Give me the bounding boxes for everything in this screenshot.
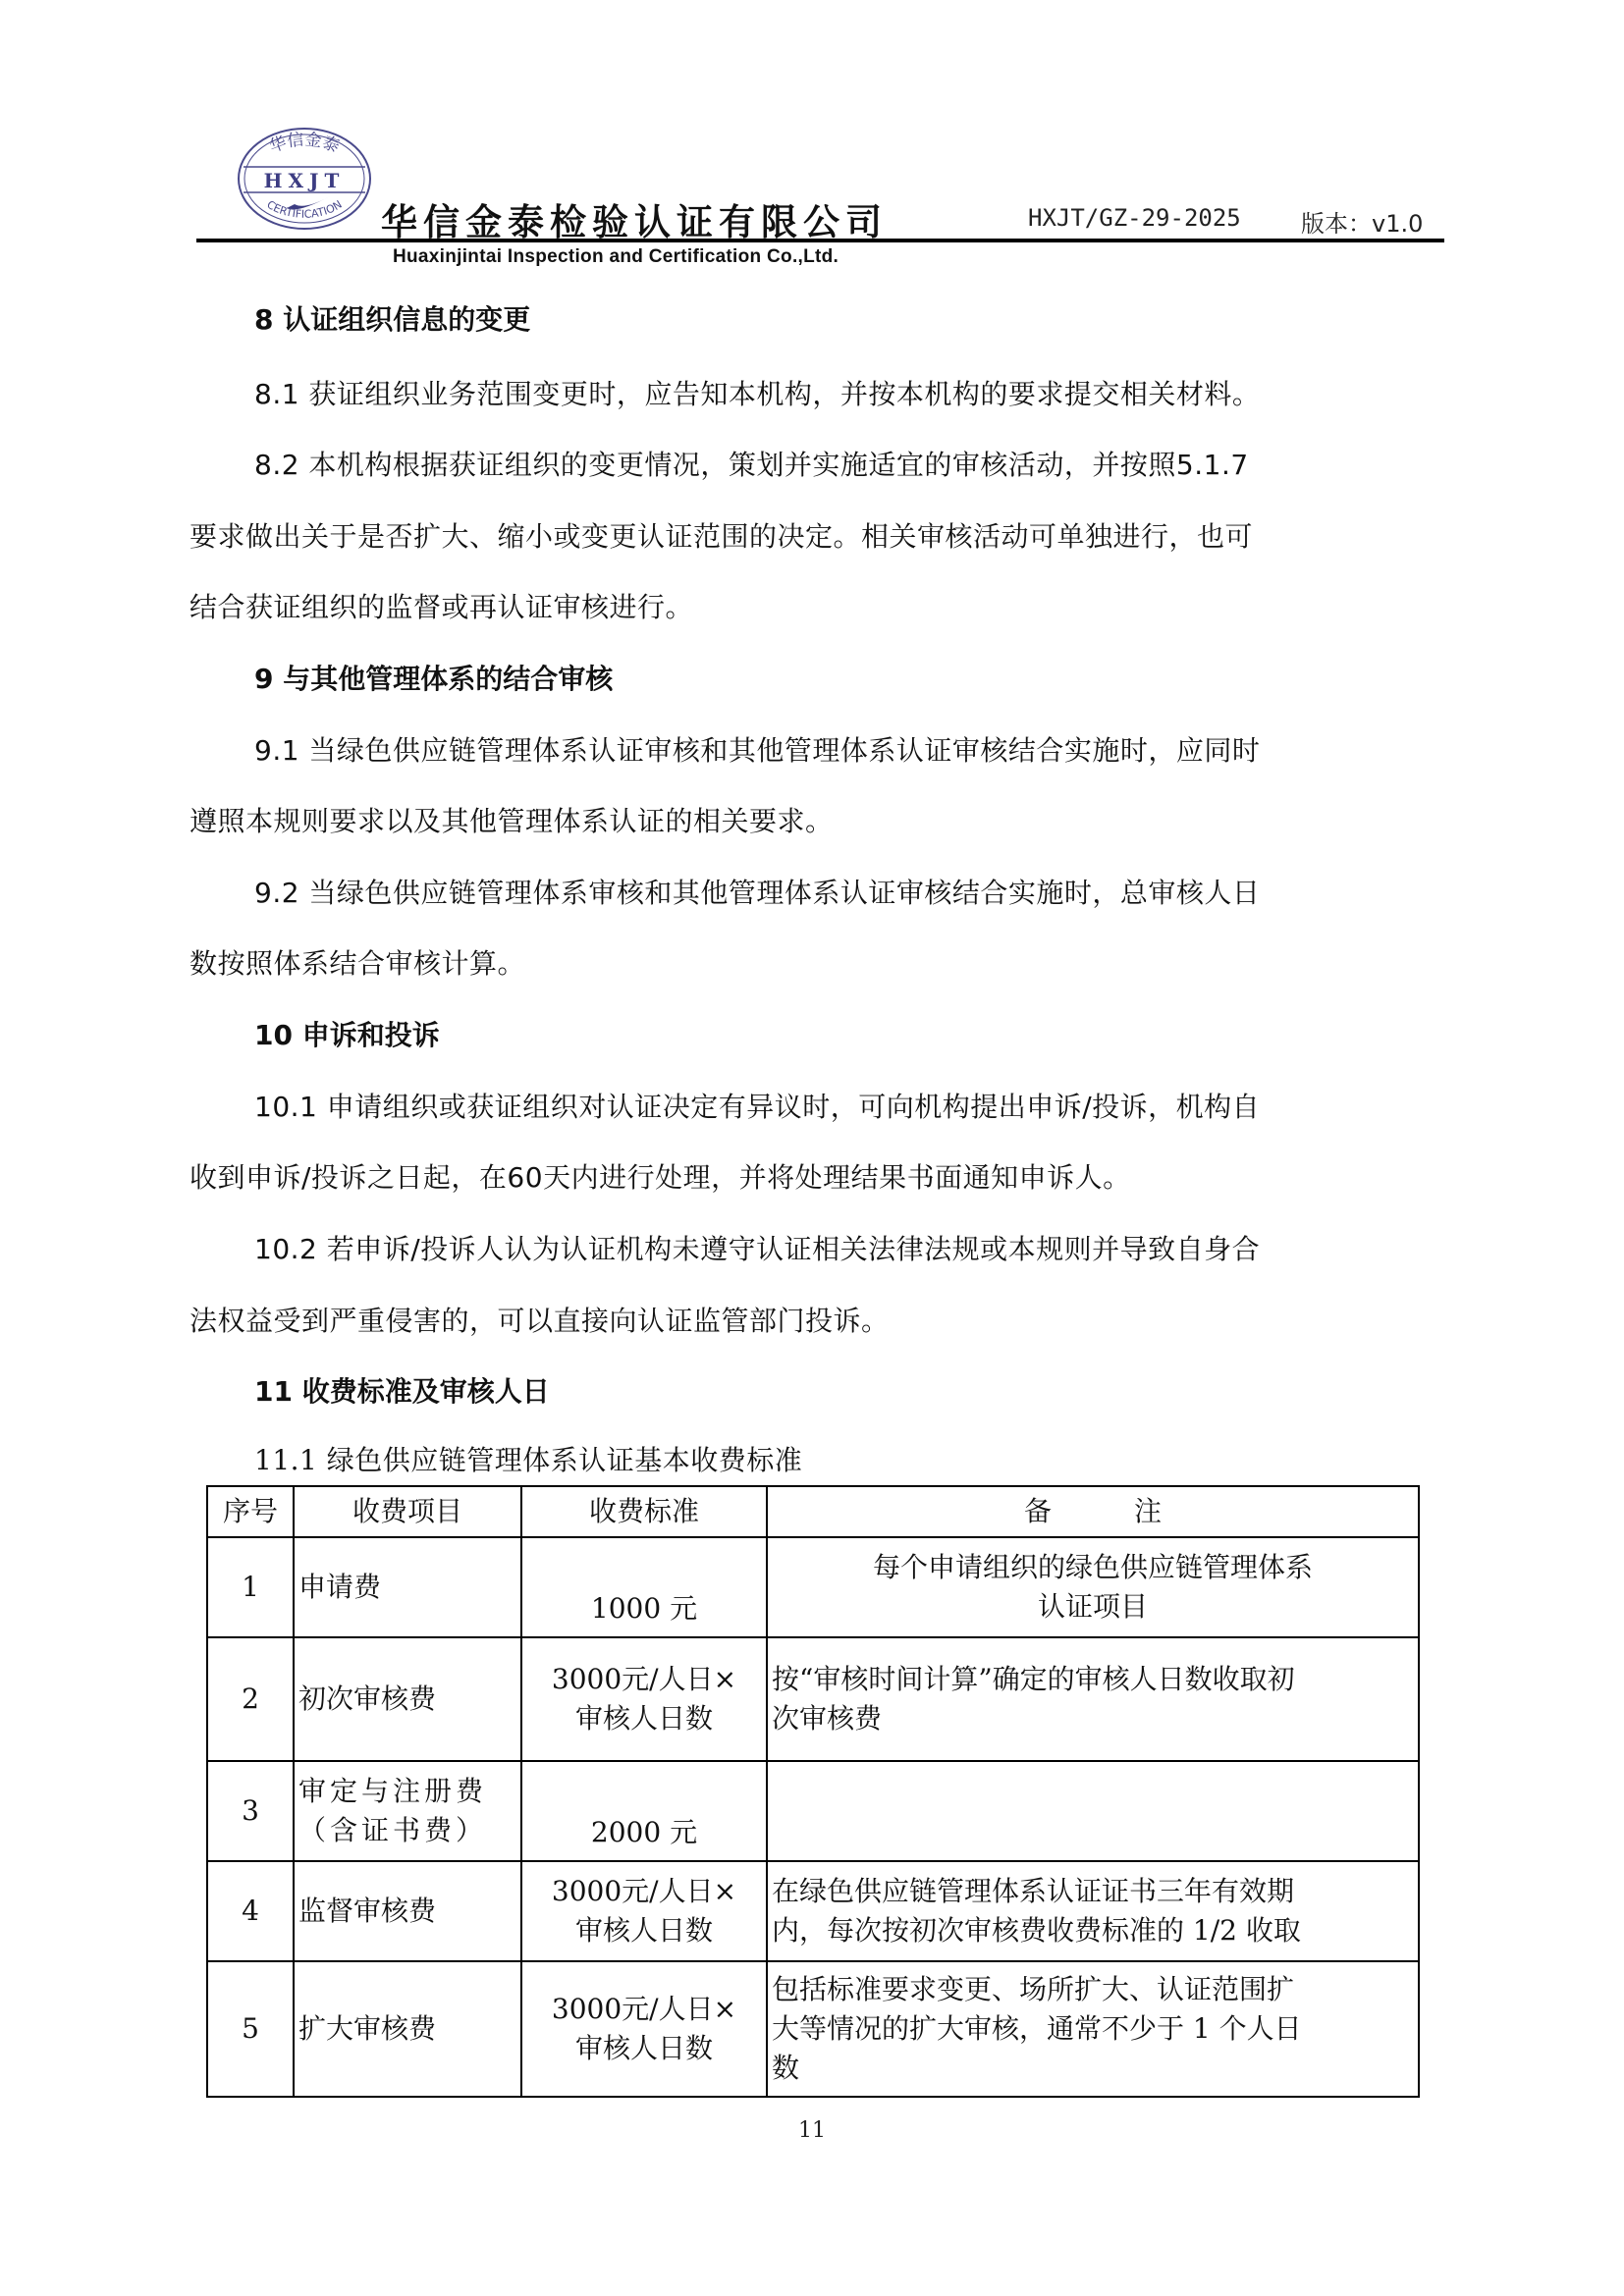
cell-note-line: 在绿色供应链管理体系认证证书三年有效期 [772, 1872, 1414, 1911]
table-row: 3 审定与注册费 （含证书费） 2000 元 [207, 1761, 1419, 1861]
cell-item: 扩大审核费 [294, 1961, 521, 2097]
cell-note: 每个申请组织的绿色供应链管理体系 认证项目 [767, 1537, 1419, 1637]
paragraph-9-1-line-2: 遵照本规则要求以及其他管理体系认证的相关要求。 [189, 800, 834, 839]
cell-standard: 3000元/人日× 审核人日数 [521, 1637, 767, 1761]
paragraph-8-2-line-2: 要求做出关于是否扩大、缩小或变更认证范围的决定。相关审核活动可单独进行，也可 [189, 515, 1253, 555]
cell-standard: 1000 元 [521, 1537, 767, 1637]
paragraph-8-2-line-1: 8.2 本机构根据获证组织的变更情况，策划并实施适宜的审核活动，并按照5.1.7 [254, 444, 1249, 483]
cell-standard-line: 2000 元 [526, 1813, 762, 1852]
paragraph-9-2-line-1: 9.2 当绿色供应链管理体系审核和其他管理体系认证审核结合实施时，总审核人日 [254, 872, 1260, 911]
hxjt-certification-seal-icon: 华信金泰 HXJT CERTIFICATION [236, 126, 373, 232]
svg-text:CERTIFICATION: CERTIFICATION [264, 198, 344, 221]
cell-note-line: 数 [772, 2049, 1414, 2088]
cell-note-line: 大等情况的扩大审核，通常不少于 1 个人日 [772, 2009, 1414, 2049]
column-header-no: 序号 [207, 1486, 294, 1537]
document-code: HXJT/GZ-29-2025 [1028, 204, 1241, 232]
cell-note: 包括标准要求变更、场所扩大、认证范围扩 大等情况的扩大审核，通常不少于 1 个人… [767, 1961, 1419, 2097]
paragraph-9-1-line-1: 9.1 当绿色供应链管理体系认证审核和其他管理体系认证审核结合实施时，应同时 [254, 729, 1260, 769]
header-divider [196, 239, 1444, 242]
column-header-item: 收费项目 [294, 1486, 521, 1537]
version-label: 版本：v1.0 [1301, 204, 1423, 239]
cell-standard-line: 审核人日数 [526, 1911, 762, 1950]
paragraph-9-2-line-2: 数按照体系结合审核计算。 [189, 942, 525, 982]
table-row: 1 申请费 1000 元 每个申请组织的绿色供应链管理体系 认证项目 [207, 1537, 1419, 1637]
cell-note: 在绿色供应链管理体系认证证书三年有效期 内，每次按初次审核费收费标准的 1/2 … [767, 1861, 1419, 1961]
cell-no: 2 [207, 1637, 294, 1761]
cell-item: 申请费 [294, 1537, 521, 1637]
cell-note-empty [767, 1761, 1419, 1861]
cell-item-line: （含证书费） [298, 1811, 516, 1850]
cell-standard-line: 3000元/人日× [526, 1660, 762, 1699]
cell-note: 按“审核时间计算”确定的审核人日数收取初 次审核费 [767, 1637, 1419, 1761]
cell-standard-line: 审核人日数 [526, 2029, 762, 2068]
table-row: 4 监督审核费 3000元/人日× 审核人日数 在绿色供应链管理体系认证证书三年… [207, 1861, 1419, 1961]
svg-text:HXJT: HXJT [264, 169, 346, 192]
cell-item: 审定与注册费 （含证书费） [294, 1761, 521, 1861]
cell-note-line: 按“审核时间计算”确定的审核人日数收取初 [772, 1660, 1414, 1699]
company-name-cn: 华信金泰检验认证有限公司 [381, 192, 888, 245]
paragraph-10-1-line-1: 10.1 申请组织或获证组织对认证决定有异议时，可向机构提出申诉/投诉，机构自 [254, 1086, 1260, 1125]
cell-note-line: 包括标准要求变更、场所扩大、认证范围扩 [772, 1970, 1414, 2009]
section-heading-8: 8 认证组织信息的变更 [254, 298, 530, 338]
cell-item: 初次审核费 [294, 1637, 521, 1761]
company-logo: 华信金泰 HXJT CERTIFICATION [236, 126, 373, 232]
company-name-en: Huaxinjintai Inspection and Certificatio… [393, 246, 839, 268]
cell-standard: 3000元/人日× 审核人日数 [521, 1861, 767, 1961]
cell-standard-line: 3000元/人日× [526, 1872, 762, 1911]
paragraph-10-2-line-1: 10.2 若申诉/投诉人认为认证机构未遵守认证相关法律法规或本规则并导致自身合 [254, 1228, 1260, 1267]
cell-no: 5 [207, 1961, 294, 2097]
cell-note-line: 认证项目 [772, 1587, 1414, 1627]
section-heading-9: 9 与其他管理体系的结合审核 [254, 658, 613, 697]
table-caption-11-1: 11.1 绿色供应链管理体系认证基本收费标准 [254, 1439, 802, 1478]
section-heading-11: 11 收费标准及审核人日 [254, 1370, 550, 1410]
fee-standard-table: 序号 收费项目 收费标准 备 注 1 申请费 1000 元 每个申请组织的绿色供… [206, 1485, 1420, 2098]
column-header-standard: 收费标准 [521, 1486, 767, 1537]
cell-note-line: 内，每次按初次审核费收费标准的 1/2 收取 [772, 1911, 1414, 1950]
cell-no: 3 [207, 1761, 294, 1861]
section-heading-10: 10 申诉和投诉 [254, 1014, 440, 1053]
page-number: 11 [0, 2118, 1624, 2143]
paragraph-10-1-line-2: 收到申诉/投诉之日起，在60天内进行处理，并将处理结果书面通知申诉人。 [189, 1156, 1131, 1196]
cell-item: 监督审核费 [294, 1861, 521, 1961]
table-row: 2 初次审核费 3000元/人日× 审核人日数 按“审核时间计算”确定的审核人日… [207, 1637, 1419, 1761]
paragraph-8-2-line-3: 结合获证组织的监督或再认证审核进行。 [189, 586, 693, 625]
table-row: 5 扩大审核费 3000元/人日× 审核人日数 包括标准要求变更、场所扩大、认证… [207, 1961, 1419, 2097]
paragraph-10-2-line-2: 法权益受到严重侵害的，可以直接向认证监管部门投诉。 [189, 1300, 890, 1339]
cell-note-line: 每个申请组织的绿色供应链管理体系 [772, 1548, 1414, 1587]
cell-standard-line: 审核人日数 [526, 1699, 762, 1738]
cell-standard-line: 1000 元 [526, 1589, 762, 1629]
cell-standard: 2000 元 [521, 1761, 767, 1861]
column-header-note: 备 注 [767, 1486, 1419, 1537]
cell-no: 1 [207, 1537, 294, 1637]
cell-note-line: 次审核费 [772, 1699, 1414, 1738]
cell-standard: 3000元/人日× 审核人日数 [521, 1961, 767, 2097]
cell-item-line: 审定与注册费 [298, 1772, 516, 1811]
cell-no: 4 [207, 1861, 294, 1961]
paragraph-8-1: 8.1 获证组织业务范围变更时，应告知本机构，并按本机构的要求提交相关材料。 [254, 373, 1260, 412]
cell-standard-line: 3000元/人日× [526, 1990, 762, 2029]
table-header-row: 序号 收费项目 收费标准 备 注 [207, 1486, 1419, 1537]
